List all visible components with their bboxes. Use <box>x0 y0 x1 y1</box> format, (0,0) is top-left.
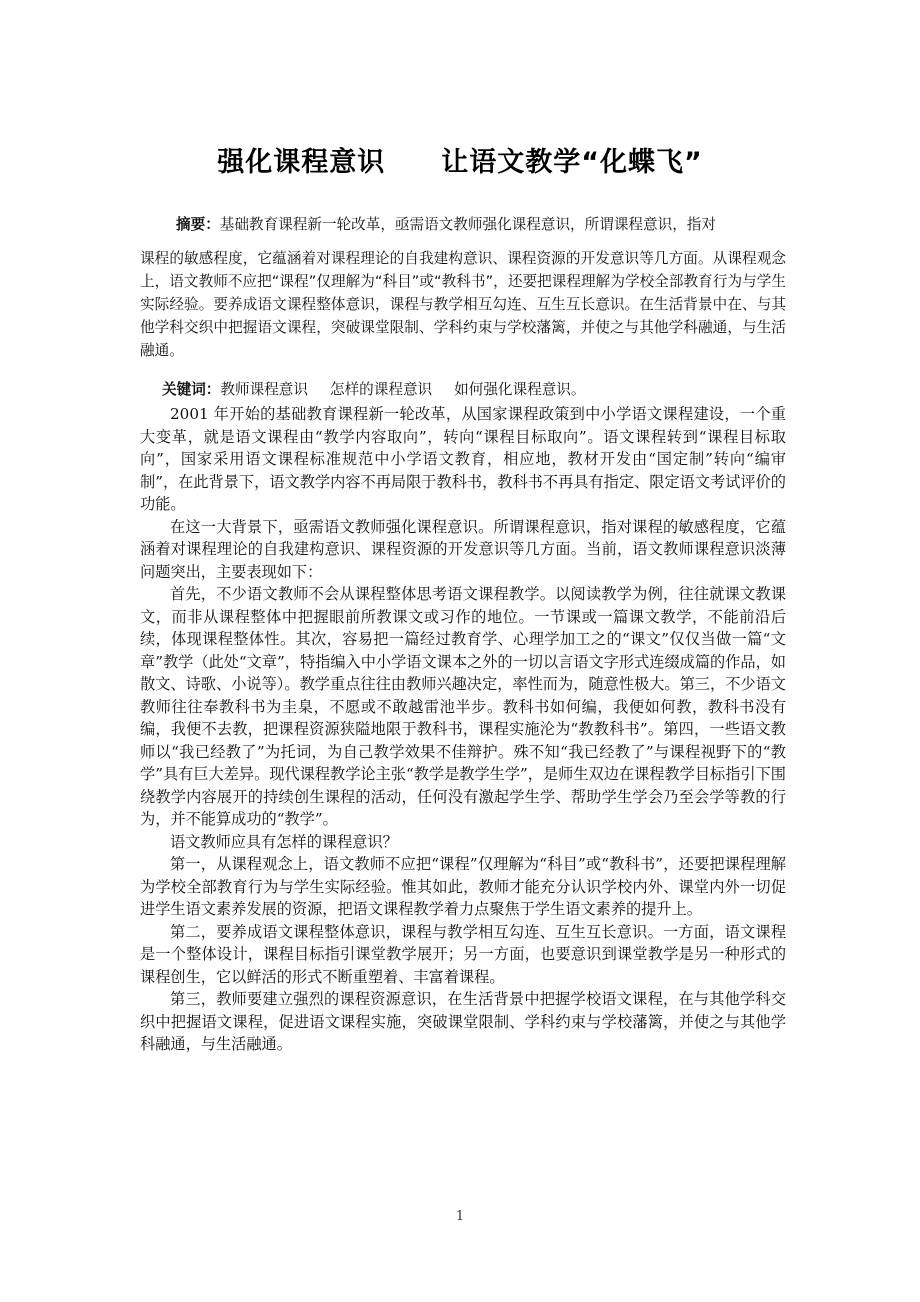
body-paragraph: 在这一大背景下，亟需语文教师强化课程意识。所谓课程意识，指对课程的敏感程度，它蕴… <box>140 516 786 584</box>
page-number: 1 <box>0 1209 920 1224</box>
abstract-first-line: 摘要：基础教育课程新一轮改革，亟需语文教师强化课程意识，所谓课程意识，指对 <box>140 213 786 236</box>
main-body: 2001 年开始的基础教育课程新一轮改革，从国家课程政策到中小学语文课程建设，一… <box>140 403 786 1056</box>
keyword-item: 如何强化课程意识。 <box>454 381 585 398</box>
body-paragraph: 第一，从课程观念上，语文教师不应把“课程”仅理解为“科目”或“教科书”，还要把课… <box>140 853 786 921</box>
section-question: 语文教师应具有怎样的课程意识？ <box>140 831 786 854</box>
document-page: 强化课程意识 让语文教学“化蝶飞” 摘要：基础教育课程新一轮改革，亟需语文教师强… <box>0 0 920 1302</box>
abstract-text: 课程的敏感程度，它蕴涵着对课程理论的自我建构意识、课程资源的开发意识等几方面。从… <box>140 247 786 362</box>
body-paragraph: 第二，要养成语文课程整体意识，课程与教学相互勾连、互生互长意识。一方面，语文课程… <box>140 921 786 989</box>
keyword-item: 教师课程意识 <box>220 381 308 398</box>
body-paragraph: 2001 年开始的基础教育课程新一轮改革，从国家课程政策到中小学语文课程建设，一… <box>140 403 786 516</box>
abstract-first-line-text: 基础教育课程新一轮改革，亟需语文教师强化课程意识，所谓课程意识，指对 <box>220 216 716 233</box>
keyword-item: 怎样的课程意识 <box>330 381 432 398</box>
document-title: 强化课程意识 让语文教学“化蝶飞” <box>0 140 920 179</box>
abstract-label: 摘要： <box>176 216 220 233</box>
keywords-label: 关键词： <box>162 381 220 398</box>
keywords-section: 关键词：教师课程意识怎样的课程意识如何强化课程意识。 <box>140 379 786 401</box>
body-paragraph: 第三，教师要建立强烈的课程资源意识，在生活背景中把握学校语文课程，在与其他学科交… <box>140 988 786 1056</box>
abstract-section: 摘要：基础教育课程新一轮改革，亟需语文教师强化课程意识，所谓课程意识，指对 课程… <box>140 213 786 362</box>
body-paragraph: 首先，不少语文教师不会从课程整体思考语文课程教学。以阅读教学为例，往往就课文教课… <box>140 583 786 831</box>
